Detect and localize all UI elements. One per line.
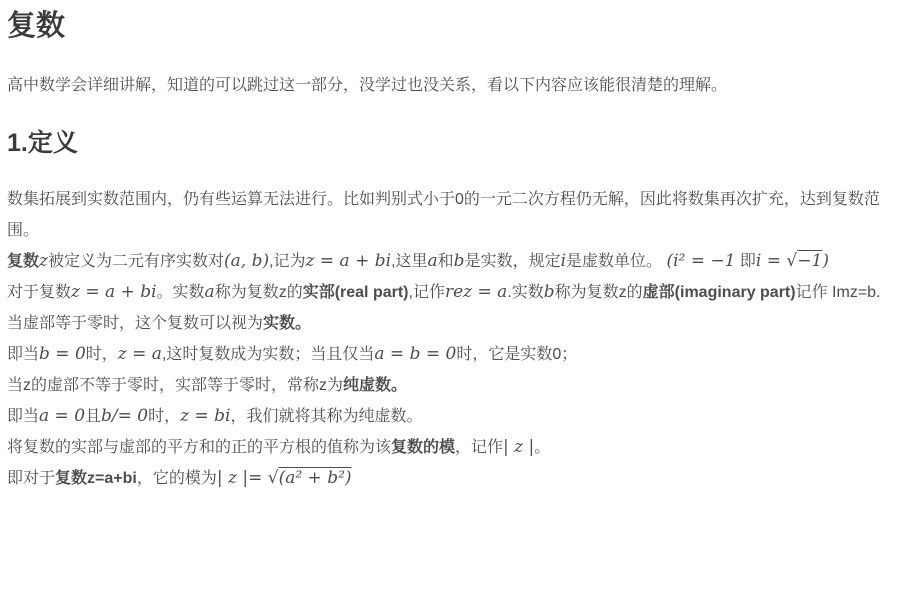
text-run-bold: 实部(real part)	[303, 284, 409, 301]
paragraph-intro: 高中数学会详细讲解，知道的可以跳过这一部分，没学过也没关系，看以下内容应该能很清…	[7, 70, 895, 101]
radical-sign: √	[786, 251, 797, 271]
text-run: 复数	[7, 253, 39, 270]
line-complex-definition: 复数z被定义为二元有序实数对(a, b),记为z = a + bi,这里a和b是…	[7, 246, 895, 277]
text-run: ，我们就将其称为纯虚数。	[230, 408, 422, 425]
document-page: { "title": "复数", "intro": "高中数学会详细讲解，知道的…	[0, 0, 905, 596]
text-run: 时，它是实数0；	[456, 346, 577, 363]
math-run: a	[205, 282, 215, 302]
text-run: .实数	[507, 284, 543, 301]
math-run: z = a + bi	[71, 282, 157, 302]
math-radicand: (a² + b²)	[279, 468, 352, 488]
text-run: 称为复数z的	[215, 284, 303, 301]
line-modulus-formula: 即对于复数z=a+bi，它的模为| z |= √(a² + b²)	[7, 463, 895, 494]
radical-sign: √	[268, 468, 279, 488]
text-run-bold: 复数的模	[391, 439, 455, 456]
text-run: ，它的模为	[137, 470, 217, 487]
text-run: 称为复数z的	[555, 284, 643, 301]
math-run: rez = a	[445, 282, 507, 302]
text-run-bold: 虚部(imaginary part)	[643, 284, 796, 301]
math-run: z = a + bi	[306, 251, 392, 271]
text-run: 时，	[86, 346, 118, 363]
text-run: 即当	[7, 346, 39, 363]
text-run: 时，	[148, 408, 180, 425]
text-run: ,这里	[391, 253, 427, 270]
text-run: 是实数，规定	[465, 253, 561, 270]
section-heading-definition: 1.定义	[7, 129, 895, 158]
text-run: 当虚部等于零时，这个复数可以视为	[7, 315, 263, 332]
math-radicand: −1	[797, 251, 822, 271]
math-run: | z |	[503, 437, 534, 457]
text-run-bold: 纯虚数。	[343, 377, 407, 394]
text-run-bold: 复数z=a+bi	[55, 470, 137, 487]
text-run: ，记作	[455, 439, 503, 456]
text-run: 即当	[7, 408, 39, 425]
math-run: b	[544, 282, 555, 302]
line-real-imaginary-parts: 对于复数z = a + bi。实数a称为复数z的实部(real part),记作…	[7, 277, 895, 308]
math-run: a	[428, 251, 438, 271]
line-b-zero-case: 即当b = 0时，z = a,这时复数成为实数；当且仅当a = b = 0时，它…	[7, 339, 895, 370]
math-run: b/= 0	[101, 406, 148, 426]
math-run: a = b = 0	[374, 344, 456, 364]
math-run: )	[822, 251, 829, 271]
text-run: 将复数的实部与虚部的平方和的正的平方根的值称为该	[7, 439, 391, 456]
text-run: ,记为	[269, 253, 305, 270]
math-run: z = bi	[180, 406, 230, 426]
line-pure-imaginary: 当z的虚部不等于零时，实部等于零时，常称z为纯虚数。	[7, 370, 895, 401]
page-title: 复数	[7, 10, 895, 43]
math-run: (i² = −1	[666, 251, 735, 271]
text-run: 。实数	[157, 284, 205, 301]
text-run: 且	[85, 408, 101, 425]
text-run: 被定义为二元有序实数对	[48, 253, 224, 270]
math-run: b	[454, 251, 465, 271]
math-run: | z |=	[217, 468, 268, 488]
line-real-number-case: 当虚部等于零时，这个复数可以视为实数。	[7, 308, 895, 339]
text-run: 即	[735, 253, 755, 270]
text-run: 当z的虚部不等于零时，实部等于零时，常称z为	[7, 377, 343, 394]
text-run: 。	[534, 439, 550, 456]
text-run: 记作 Imz=b.	[796, 284, 881, 301]
text-run: ,这时复数成为实数；当且仅当	[162, 346, 374, 363]
text-run-bold: 实数。	[263, 315, 311, 332]
math-run: z = a	[118, 344, 162, 364]
text-run: 和	[438, 253, 454, 270]
math-run: a = 0	[39, 406, 85, 426]
math-run: z	[39, 251, 48, 271]
line-a-zero-case: 即当a = 0且b/= 0时，z = bi，我们就将其称为纯虚数。	[7, 401, 895, 432]
paragraph-definition-intro: 数集拓展到实数范围内，仍有些运算无法进行。比如判别式小于0的一元二次方程仍无解，…	[7, 184, 895, 246]
text-run: ,记作	[409, 284, 445, 301]
math-run: (a, b)	[224, 251, 269, 271]
text-run: 对于复数	[7, 284, 71, 301]
text-run: 是虚数单位。	[566, 253, 666, 270]
math-run: b = 0	[39, 344, 86, 364]
text-run: 即对于	[7, 470, 55, 487]
line-modulus-definition: 将复数的实部与虚部的平方和的正的平方根的值称为该复数的模，记作| z |。	[7, 432, 895, 463]
math-run: i =	[756, 251, 787, 271]
